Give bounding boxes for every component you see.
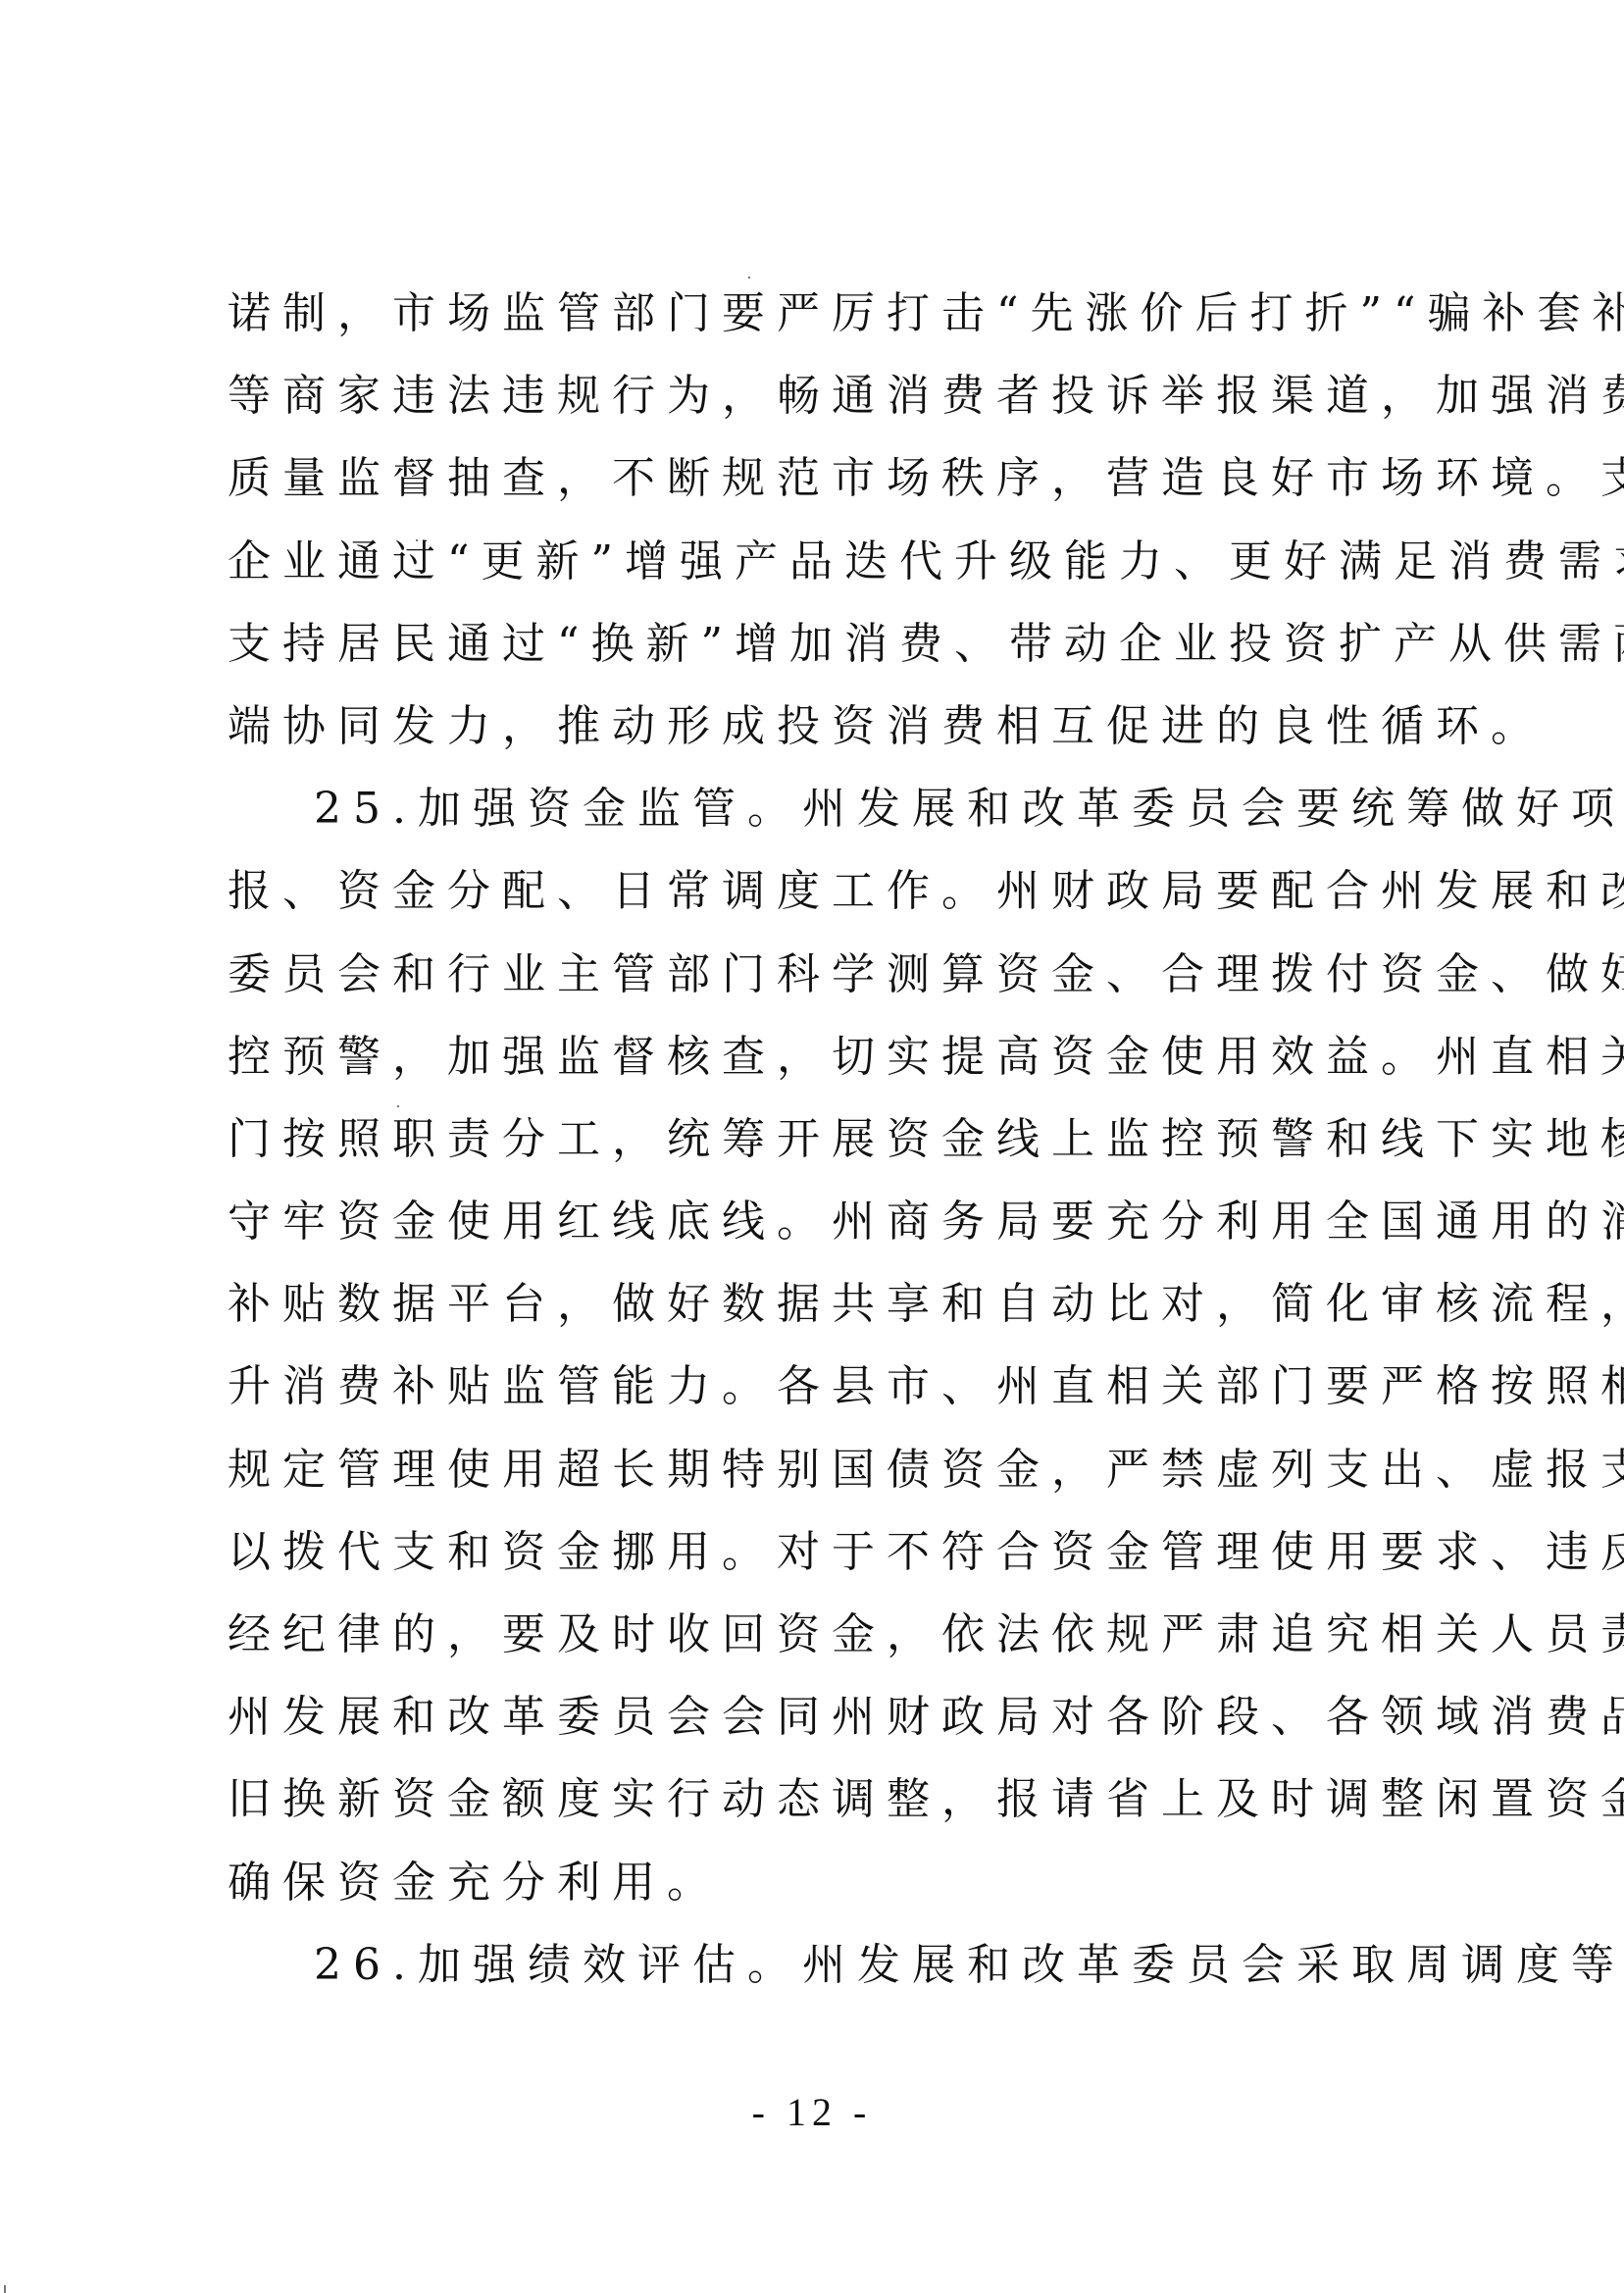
text-line: 升消费补贴监管能力。各县市、州直相关部门要严格按照相关 (228, 1346, 1414, 1428)
text-line: 补贴数据平台，做好数据共享和自动比对，简化审核流程，提 (228, 1263, 1414, 1346)
text-line: 端协同发力，推动形成投资消费相互促进的良性循环。 (228, 686, 1414, 768)
text-line: 门按照职责分工，统筹开展资金线上监控预警和线下实地核查， (228, 1098, 1414, 1181)
text-line: 经纪律的，要及时收回资金，依法依规严肃追究相关人员责任。 (228, 1594, 1414, 1676)
text-line: 诺制，市场监管部门要严厉打击“先涨价后打折”“骗补套补” (228, 273, 1414, 355)
text-line: 等商家违法违规行为，畅通消费者投诉举报渠道，加强消费品 (228, 355, 1414, 437)
text-line: 州发展和改革委员会会同州财政局对各阶段、各领域消费品以 (228, 1676, 1414, 1758)
item-25-heading-line: 25.加强资金监管。州发展和改革委员会要统筹做好项目申 (228, 768, 1414, 850)
text-line: 控预警，加强监督核查，切实提高资金使用效益。州直相关部 (228, 1016, 1414, 1098)
body-text: 诺制，市场监管部门要严厉打击“先涨价后打折”“骗补套补” 等商家违法违规行为，畅… (228, 273, 1414, 2007)
text-line: 委员会和行业主管部门科学测算资金、合理拨付资金、做好监 (228, 934, 1414, 1016)
scan-speck (416, 539, 418, 541)
paragraph-item-25: 25.加强资金监管。州发展和改革委员会要统筹做好项目申 报、资金分配、日常调度工… (228, 768, 1414, 1924)
document-page: 诺制，市场监管部门要严厉打击“先涨价后打折”“骗补套补” 等商家违法违规行为，畅… (0, 0, 1624, 2293)
page-number: - 12 - (0, 2089, 1624, 2135)
scan-speck (748, 277, 750, 279)
text-line: 以拨代支和资金挪用。对于不符合资金管理使用要求、违反财 (228, 1511, 1414, 1594)
text-line: 旧换新资金额度实行动态调整，报请省上及时调整闲置资金， (228, 1758, 1414, 1841)
text-line: 企业通过“更新”增强产品迭代升级能力、更好满足消费需求， (228, 521, 1414, 603)
text-line: 确保资金充分利用。 (228, 1842, 1414, 1924)
scan-speck (4, 2285, 6, 2293)
item-26-heading-line: 26.加强绩效评估。州发展和改革委员会采取周调度等方 (228, 1924, 1414, 2007)
text-line: 报、资金分配、日常调度工作。州财政局要配合州发展和改革 (228, 850, 1414, 933)
paragraph-item-26: 26.加强绩效评估。州发展和改革委员会采取周调度等方 (228, 1924, 1414, 2007)
text-line: 规定管理使用超长期特别国债资金，严禁虚列支出、虚报支出、 (228, 1429, 1414, 1511)
text-line: 质量监督抽查，不断规范市场秩序，营造良好市场环境。支持 (228, 437, 1414, 520)
scan-speck (397, 1105, 399, 1107)
paragraph-continuation: 诺制，市场监管部门要严厉打击“先涨价后打折”“骗补套补” 等商家违法违规行为，畅… (228, 273, 1414, 768)
text-line: 支持居民通过“换新”增加消费、带动企业投资扩产从供需两 (228, 603, 1414, 686)
text-line: 守牢资金使用红线底线。州商务局要充分利用全国通用的消费 (228, 1181, 1414, 1263)
